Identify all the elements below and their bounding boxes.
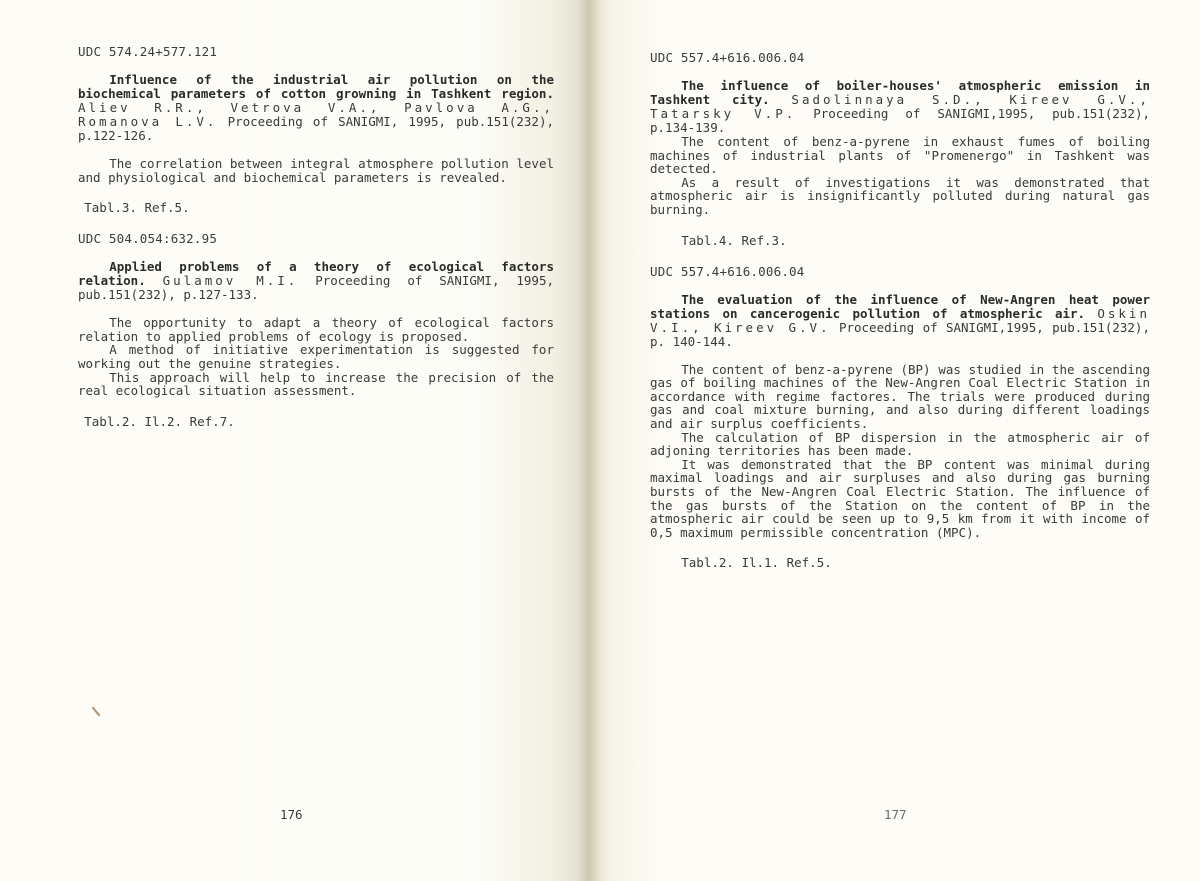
abstract-paragraph: This approach will help to increase the … [78, 371, 554, 398]
entry-abstract: The correlation between integral atmosph… [78, 157, 554, 184]
page-number: 176 [280, 807, 303, 822]
abstract-entry: UDC 557.4+616.006.04 The evaluation of t… [650, 264, 1150, 571]
abstract-paragraph: The correlation between integral atmosph… [78, 157, 554, 184]
entry-authors: Gulamov M.I. [163, 273, 299, 288]
abstract-entry: UDC 504.054:632.95 Applied problems of a… [78, 231, 554, 429]
entry-citation: Proceeding of SANIGMI, 1995, pub.151(232… [78, 273, 554, 302]
entry-abstract: The opportunity to adapt a theory of eco… [78, 316, 554, 398]
udc-code: UDC 557.4+616.006.04 [650, 264, 1150, 279]
right-page: UDC 557.4+616.006.04 The influence of bo… [590, 0, 1200, 881]
abstract-paragraph: The opportunity to adapt a theory of eco… [78, 316, 554, 343]
udc-code: UDC 574.24+577.121 [78, 44, 554, 59]
entry-header: Influence of the industrial air pollutio… [78, 73, 554, 143]
abstract-paragraph: The content of benz-a-pyrene in exhaust … [650, 135, 1150, 176]
left-page: UDC 574.24+577.121 Influence of the indu… [0, 0, 590, 881]
entry-refs: Tabl.2. Il.1. Ref.5. [650, 555, 1150, 570]
right-page-content: UDC 557.4+616.006.04 The influence of bo… [650, 50, 1150, 586]
entry-refs: Tabl.2. Il.2. Ref.7. [78, 414, 554, 429]
abstract-paragraph: The content of benz-a-pyrene (BP) was st… [650, 363, 1150, 431]
entry-header: Applied problems of a theory of ecologic… [78, 260, 554, 302]
entry-refs: Tabl.3. Ref.5. [78, 200, 554, 215]
entry-abstract: The content of benz-a-pyrene (BP) was st… [650, 363, 1150, 540]
book-gutter [578, 0, 602, 881]
left-page-content: UDC 574.24+577.121 Influence of the indu… [78, 44, 554, 445]
abstract-paragraph: As a result of investigations it was dem… [650, 176, 1150, 217]
page-number: 177 [884, 807, 907, 822]
abstract-paragraph: It was demonstrated that the BP content … [650, 458, 1150, 540]
entry-refs: Tabl.4. Ref.3. [650, 233, 1150, 248]
entry-title: The evaluation of the influence of New-A… [650, 292, 1150, 321]
entry-abstract: The content of benz-a-pyrene in exhaust … [650, 135, 1150, 217]
udc-code: UDC 557.4+616.006.04 [650, 50, 1150, 65]
abstract-paragraph: The calculation of BP dispersion in the … [650, 431, 1150, 458]
abstract-entry: UDC 574.24+577.121 Influence of the indu… [78, 44, 554, 215]
entry-header: The influence of boiler-houses' atmosphe… [650, 79, 1150, 135]
entry-header: The evaluation of the influence of New-A… [650, 293, 1150, 349]
abstract-entry: UDC 557.4+616.006.04 The influence of bo… [650, 50, 1150, 248]
udc-code: UDC 504.054:632.95 [78, 231, 554, 246]
entry-title: Influence of the industrial air pollutio… [78, 72, 554, 101]
abstract-paragraph: A method of initiative experimentation i… [78, 343, 554, 370]
ink-mark [92, 707, 101, 717]
